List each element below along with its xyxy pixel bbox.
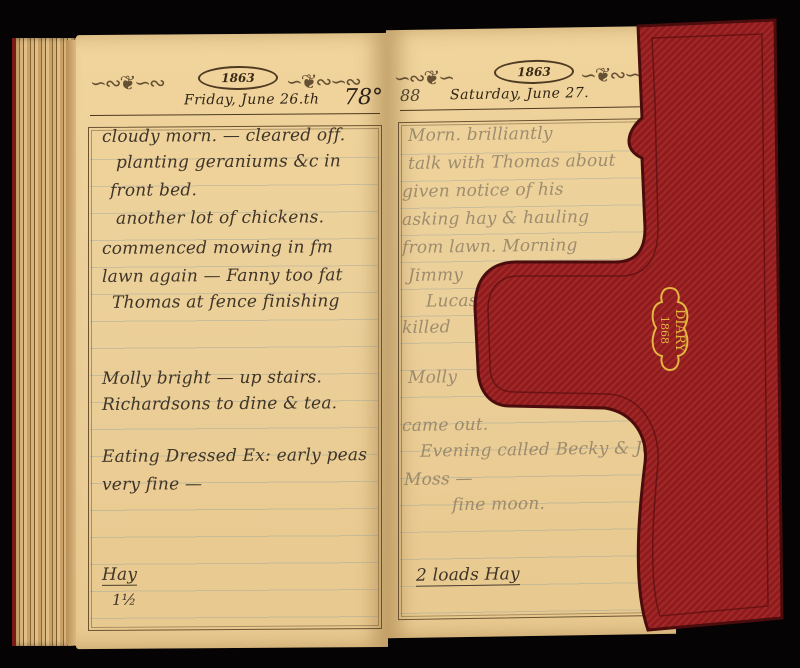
stamp-year: 1868 — [657, 316, 672, 344]
entry-line: front bed. — [110, 180, 197, 201]
entry-line: Richardsons to dine & tea. — [102, 393, 337, 415]
entry-line: very fine — — [102, 474, 202, 495]
temperature-note: 88 — [400, 86, 420, 105]
year-cartouche: 1863 — [198, 66, 278, 91]
entry-line: another lot of chickens. — [116, 207, 324, 228]
entry-line: Thomas at fence finishing — [112, 291, 340, 313]
entry-line: killed — [402, 317, 451, 338]
entry-line: lawn again — Fanny too fat — [102, 265, 343, 287]
leather-flap-shape — [470, 18, 785, 643]
page-date: Friday, June 26.th — [184, 91, 319, 108]
entry-line: Eating Dressed Ex: early peas — [102, 445, 367, 467]
entry-line: Moss — — [404, 469, 473, 490]
scroll-flourish-icon: ∽∾❦∽∾ — [90, 70, 164, 95]
left-page: ∽∾❦∽∾ 1863 ∽❦∾∽∾ Friday, June 26.th 78° … — [76, 33, 388, 649]
stamp-title: DIARY — [672, 309, 687, 352]
entry-line: Molly bright — up stairs. — [102, 367, 322, 389]
entry-line: commenced mowing in fm — [102, 237, 333, 259]
entry-line: cloudy morn. — cleared off. — [102, 125, 345, 147]
entry-line: Molly — [408, 367, 457, 388]
temperature-note: 78° — [344, 85, 383, 110]
diary-stamp: DIARY 1868 — [656, 290, 688, 370]
diary-photo: ∽∾❦∽∾ 1863 ∽❦∾∽∾ Friday, June 26.th 78° … — [0, 0, 800, 668]
entry-line: planting geraniums &c in — [116, 151, 341, 173]
footer-fraction: 1½ — [112, 591, 136, 609]
entry-line: Jimmy — [408, 265, 463, 286]
header-ornament: ∽∾❦∽∾ 1863 ∽❦∾∽∾ — [90, 59, 380, 89]
header-rule — [90, 113, 380, 116]
leather-cover-flap — [470, 18, 785, 643]
footer-note: Hay — [102, 565, 137, 586]
